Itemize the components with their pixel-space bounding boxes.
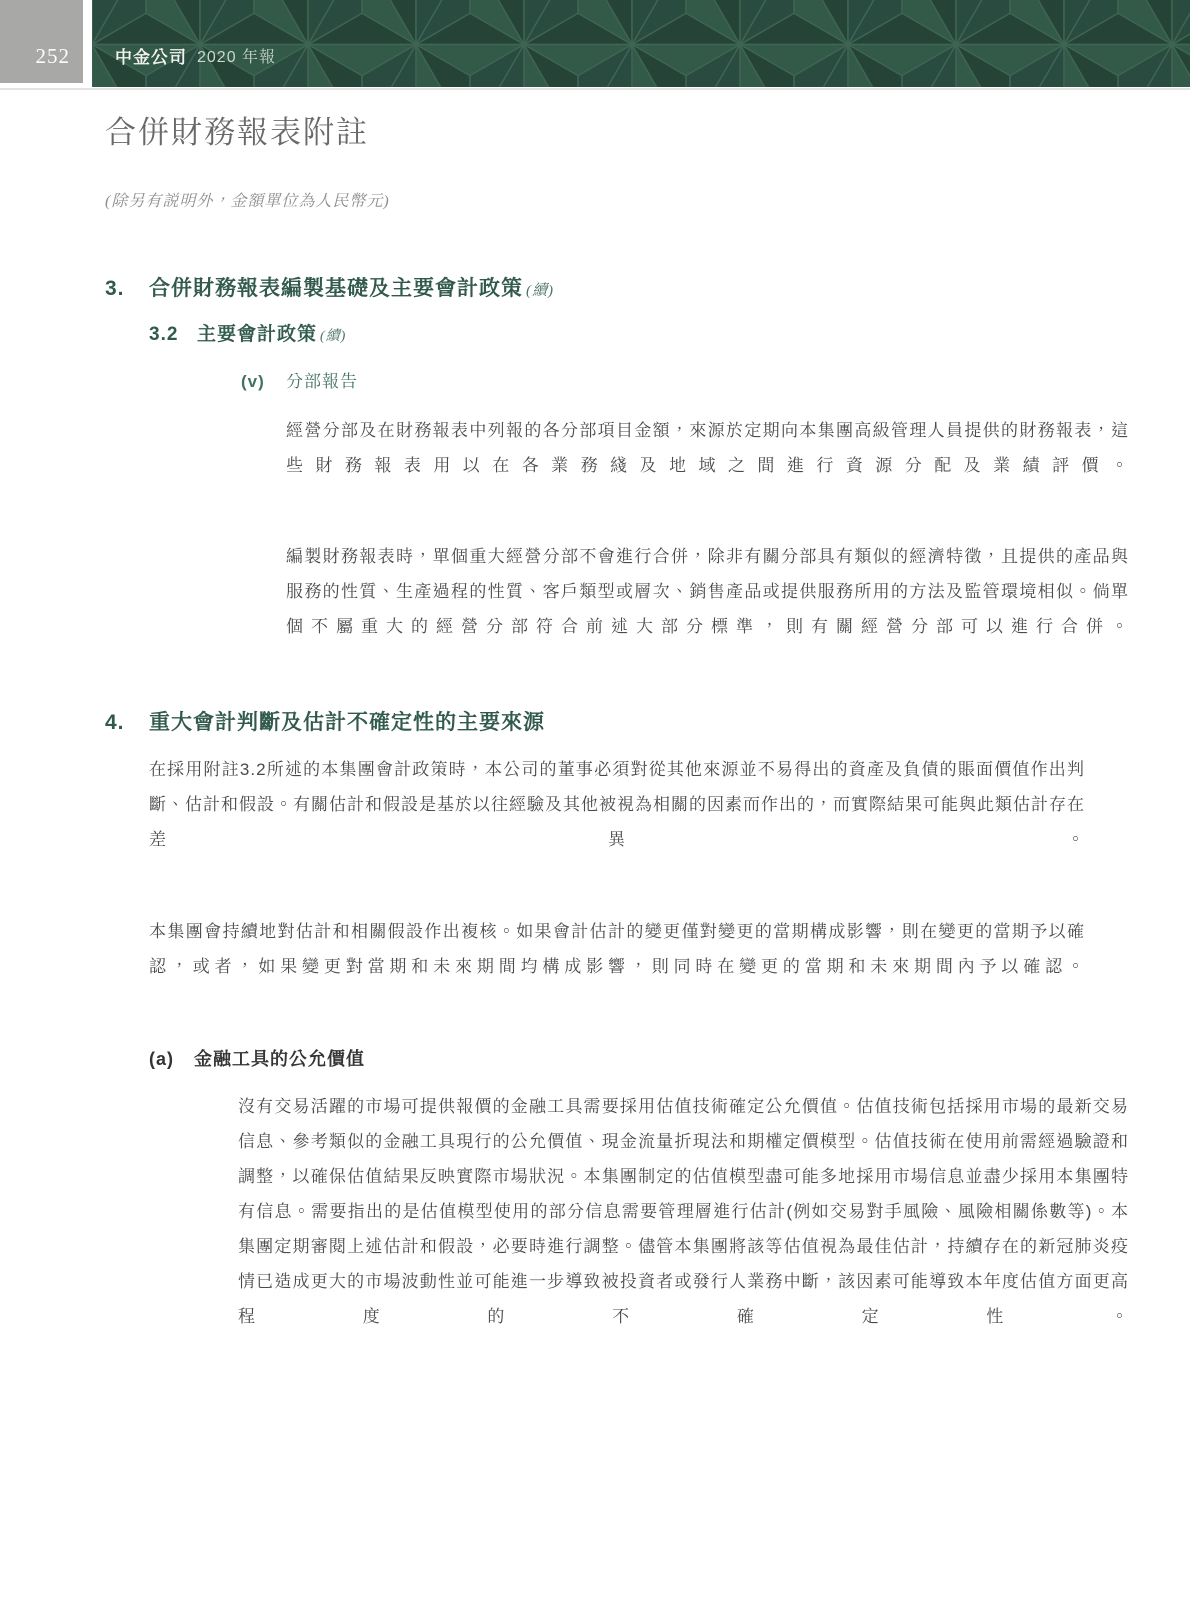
subsection-3-2-heading: 3.2 主要會計政策(續) [149, 322, 1085, 349]
section-3-title: 合併財務報表編製基礎及主要會計政策(續) [149, 275, 554, 305]
document-title: 合併財務報表附註 [105, 112, 1085, 154]
subsection-3-2-number: 3.2 [149, 322, 197, 347]
section-4-paragraph-1: 在採用附註3.2所述的本集團會計政策時，本公司的董事必須對從其他來源並不易得出的… [149, 752, 1085, 892]
annual-report-header: 中金公司 2020 年報 [92, 0, 1190, 87]
subsection-3-2-title: 主要會計政策(續) [197, 322, 346, 349]
segment-reporting-paragraph-2: 編製財務報表時，單個重大經營分部不會進行合併，除非有關分部具有類似的經濟特徵，且… [286, 539, 1129, 679]
section-3-heading: 3. 合併財務報表編製基礎及主要會計政策(續) [105, 275, 1085, 305]
item-a-label: (a) [149, 1047, 194, 1071]
section-3-number: 3. [105, 275, 149, 302]
page-top-bar: 252 [0, 0, 1190, 90]
fair-value-paragraph: 沒有交易活躍的市場可提供報價的金融工具需要採用估值技術確定公允價值。估值技術包括… [238, 1089, 1129, 1369]
segment-reporting-paragraph-1: 經營分部及在財務報表中列報的各分部項目金額，來源於定期向本集團高級管理人員提供的… [286, 413, 1129, 518]
section-4-title: 重大會計判斷及估計不確定性的主要來源 [149, 709, 545, 736]
item-v-heading: (v) 分部報告 [241, 370, 1085, 393]
item-a-fair-value: (a) 金融工具的公允價值 沒有交易活躍的市場可提供報價的金融工具需要採用估值技… [149, 1047, 1085, 1369]
company-name: 中金公司 [115, 43, 187, 68]
page-content: 合併財務報表附註 (除另有説明外，金額單位為人民幣元) 3. 合併財務報表編製基… [0, 90, 1190, 1369]
item-v-label: (v) [241, 370, 286, 393]
header-text: 中金公司 2020 年報 [115, 0, 276, 87]
section-4-number: 4. [105, 709, 149, 736]
continuation-mark: (續) [526, 283, 554, 299]
item-a-heading: (a) 金融工具的公允價值 [149, 1047, 1085, 1071]
section-4-heading: 4. 重大會計判斷及估計不確定性的主要來源 [105, 709, 1085, 736]
section-4-paragraph-2: 本集團會持續地對估計和相關假設作出複核。如果會計估計的變更僅對變更的當期構成影響… [149, 914, 1085, 1019]
page-number: 252 [36, 46, 71, 67]
currency-unit-note: (除另有説明外，金額單位為人民幣元) [105, 188, 1085, 211]
item-v-title: 分部報告 [286, 370, 358, 393]
report-edition: 2020 年報 [197, 44, 276, 67]
page-number-box: 252 [0, 0, 83, 83]
item-v-segment-reporting: (v) 分部報告 [241, 370, 1085, 393]
subsection-3-2: 3.2 主要會計政策(續) (v) 分部報告 經營分部及在財務報表中列報的各分部… [149, 322, 1085, 679]
report-page: { "page": { "number": "252", "header": {… [0, 0, 1190, 1615]
continuation-mark: (續) [320, 329, 346, 344]
item-a-title: 金融工具的公允價值 [194, 1047, 365, 1071]
